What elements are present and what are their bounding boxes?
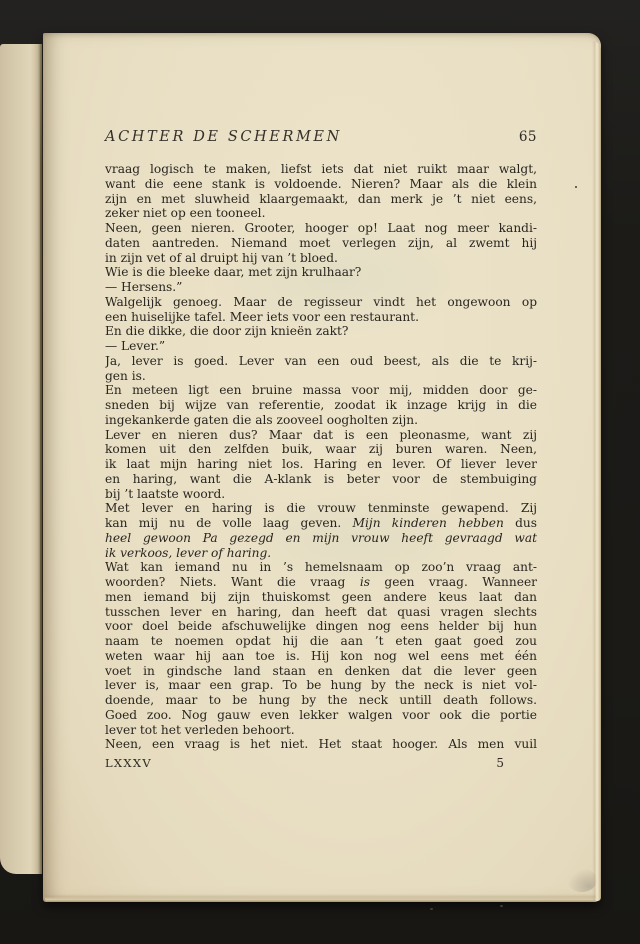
text-line: — Lever.” [105, 339, 537, 354]
text-line: Neen, een vraag is het niet. Het staat h… [105, 737, 537, 752]
text-segment: lever tot het verleden behoort. [105, 723, 295, 737]
text-line: men iemand bij zijn thuiskomst geen ande… [105, 590, 537, 605]
text-line: ingekankerde gaten die als zooveel oogho… [105, 413, 537, 428]
running-header-title: ACHTER DE SCHERMEN [105, 129, 342, 145]
text-segment: voor doel beide afschuwelijke dingen nog… [105, 619, 537, 633]
text-segment: ingekankerde gaten die als zooveel oogho… [105, 413, 418, 427]
text-segment: in zijn vet of al druipt hij van ’t bloe… [105, 251, 338, 265]
text-line: vraag logisch te maken, liefst iets dat … [105, 162, 537, 177]
text-line: tusschen lever en haring, dan heeft dat … [105, 605, 537, 620]
text-segment: voet in gindsche land staan en denken da… [105, 664, 537, 678]
text-line: En meteen ligt een bruine massa voor mij… [105, 383, 537, 398]
italic-text-segment: is [360, 575, 370, 589]
text-line: zeker niet op een tooneel. [105, 206, 537, 221]
text-line: voet in gindsche land staan en denken da… [105, 664, 537, 679]
text-line: Walgelijk genoeg. Maar de regisseur vind… [105, 295, 537, 310]
text-line: voor doel beide afschuwelijke dingen nog… [105, 619, 537, 634]
text-segment: bij ’t laatste woord. [105, 487, 225, 501]
text-line: woorden? Niets. Want die vraag is geen v… [105, 575, 537, 590]
text-segment: weten waar hij aan toe is. Hij kon nog w… [105, 649, 537, 663]
adjacent-page-edge [0, 44, 42, 874]
text-segment: kan mij nu de volle laag geven. [105, 516, 353, 530]
page-footer: LXXXV 5 [105, 756, 537, 770]
text-line: sneden bij wijze van referentie, zoodat … [105, 398, 537, 413]
footer-number: 5 [496, 756, 504, 770]
text-segment: dus [504, 516, 537, 530]
text-line: want die eene stank is voldoende. Nieren… [105, 177, 537, 192]
text-segment: want die eene stank is voldoende. Nieren… [105, 177, 537, 191]
text-segment: daten aantreden. Niemand moet verlegen z… [105, 236, 537, 250]
text-segment: geen vraag. Wanneer [370, 575, 537, 589]
text-segment: naam te noemen opdat hij die aan ’t eten… [105, 634, 537, 648]
text-line: En die dikke, die door zijn knieën zakt? [105, 324, 537, 339]
dust-speck [430, 908, 433, 910]
text-line: gen is. [105, 369, 537, 384]
corner-smudge [567, 868, 597, 892]
text-segment: En die dikke, die door zijn knieën zakt? [105, 324, 348, 338]
text-segment: en haring, want die A-klank is beter voo… [105, 472, 537, 486]
text-line: Goed zoo. Nog gauw even lekker walgen vo… [105, 708, 537, 723]
text-segment: gen is. [105, 369, 146, 383]
text-segment: Walgelijk genoeg. Maar de regisseur vind… [105, 295, 537, 309]
text-line: Ja, lever is goed. Lever van een oud bee… [105, 354, 537, 369]
dust-speck [500, 905, 503, 907]
italic-text-segment: Mijn kinderen hebben [353, 516, 504, 530]
text-segment: men iemand bij zijn thuiskomst geen ande… [105, 590, 537, 604]
text-line: daten aantreden. Niemand moet verlegen z… [105, 236, 537, 251]
text-segment: doende, maar to be hung by the neck unti… [105, 693, 537, 707]
text-segment: woorden? Niets. Want die vraag [105, 575, 360, 589]
text-line: in zijn vet of al druipt hij van ’t bloe… [105, 251, 537, 266]
text-segment: tusschen lever en haring, dan heeft dat … [105, 605, 537, 619]
photo-background: ACHTER DE SCHERMEN 65 vraag logisch te m… [0, 0, 640, 944]
text-segment: zijn en met sluwheid klaargemaakt, dan m… [105, 192, 537, 206]
text-line: bij ’t laatste woord. [105, 487, 537, 502]
text-line: weten waar hij aan toe is. Hij kon nog w… [105, 649, 537, 664]
text-line: Neen, geen nieren. Grooter, hooger op! L… [105, 221, 537, 236]
text-segment: Neen, een vraag is het niet. Het staat h… [105, 737, 537, 751]
text-segment: Met lever en haring is die vrouw tenmins… [105, 501, 537, 515]
text-segment: lever is, maar een grap. To be hung by t… [105, 678, 537, 692]
text-line: Met lever en haring is die vrouw tenmins… [105, 501, 537, 516]
text-segment: — Lever.” [105, 339, 165, 353]
text-line: — Hersens.” [105, 280, 537, 295]
dust-speck [575, 186, 577, 188]
text-line: een huiselijke tafel. Meer iets voor een… [105, 310, 537, 325]
text-line: kan mij nu de volle laag geven. Mijn kin… [105, 516, 537, 531]
text-line: heel gewoon Pa gezegd en mijn vrouw heef… [105, 531, 537, 546]
text-segment: een huiselijke tafel. Meer iets voor een… [105, 310, 419, 324]
page-number: 65 [519, 129, 537, 145]
text-segment: sneden bij wijze van referentie, zoodat … [105, 398, 537, 412]
text-line: naam te noemen opdat hij die aan ’t eten… [105, 634, 537, 649]
text-line: lever tot het verleden behoort. [105, 723, 537, 738]
signature-mark: LXXXV [105, 756, 152, 770]
text-line: ik laat mijn haring niet los. Haring en … [105, 457, 537, 472]
text-segment: ik laat mijn haring niet los. Haring en … [105, 457, 537, 471]
text-line: komen uit den zelfden buik, waar zij bur… [105, 442, 537, 457]
italic-text-segment: heel gewoon Pa gezegd en mijn vrouw heef… [105, 531, 537, 545]
text-line: lever is, maar een grap. To be hung by t… [105, 678, 537, 693]
text-segment: Ja, lever is goed. Lever van een oud bee… [105, 354, 537, 368]
text-segment: Neen, geen nieren. Grooter, hooger op! L… [105, 221, 537, 235]
text-line: doende, maar to be hung by the neck unti… [105, 693, 537, 708]
text-line: Wat kan iemand nu in ’s hemelsnaam op zo… [105, 560, 537, 575]
text-segment: Lever en nieren dus? Maar dat is een ple… [105, 428, 537, 442]
text-segment: En meteen ligt een bruine massa voor mij… [105, 383, 537, 397]
text-line: zijn en met sluwheid klaargemaakt, dan m… [105, 192, 537, 207]
text-segment: Wat kan iemand nu in ’s hemelsnaam op zo… [105, 560, 537, 574]
text-segment: Wie is die bleeke daar, met zijn krulhaa… [105, 265, 361, 279]
italic-text-segment: ik verkoos, lever of haring. [105, 546, 271, 560]
text-line: ik verkoos, lever of haring. [105, 546, 537, 561]
text-segment: vraag logisch te maken, liefst iets dat … [105, 162, 537, 176]
text-segment: komen uit den zelfden buik, waar zij bur… [105, 442, 537, 456]
text-segment: zeker niet op een tooneel. [105, 206, 265, 220]
running-header: ACHTER DE SCHERMEN 65 [105, 129, 537, 145]
text-line: en haring, want die A-klank is beter voo… [105, 472, 537, 487]
text-segment: Goed zoo. Nog gauw even lekker walgen vo… [105, 708, 537, 722]
text-segment: — Hersens.” [105, 280, 182, 294]
text-line: Wie is die bleeke daar, met zijn krulhaa… [105, 265, 537, 280]
body-text: vraag logisch te maken, liefst iets dat … [105, 162, 537, 752]
text-line: Lever en nieren dus? Maar dat is een ple… [105, 428, 537, 443]
book-page: ACHTER DE SCHERMEN 65 vraag logisch te m… [43, 33, 601, 902]
